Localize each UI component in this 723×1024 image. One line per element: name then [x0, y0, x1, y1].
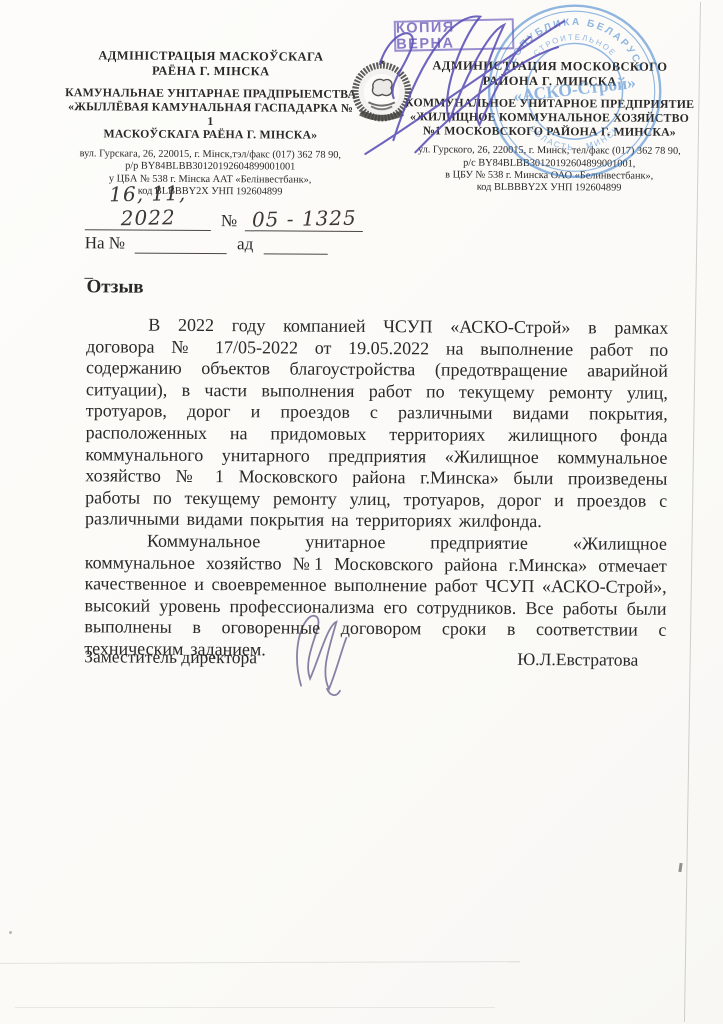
body-paragraph-1: В 2022 году компанией ЧСУП «АСКО-Строй» … [85, 314, 668, 533]
copy-stamp-label: КОПИЯ ВЕРНА [396, 18, 513, 53]
address-block-ru: ул. Гурского, 26, 220015, г. Минск, тел/… [403, 145, 695, 196]
svg-text:СТРОИТЕЛЬНОЕ: СТРОИТЕЛЬНОЕ [532, 32, 619, 58]
svg-text:★: ★ [378, 57, 386, 67]
date-number-row: 16, 11, 2022 № 05 - 1325 [85, 181, 364, 232]
signer-role: Заместитель директора [84, 646, 257, 668]
number-sign-label: № [221, 211, 237, 231]
number-field: 05 - 1325 [245, 206, 363, 232]
reply-middle-label: ад [237, 234, 253, 254]
letter-sheet: АДМІНІСТРАЦЫЯ МАСКОЎСКАГА РАЁНА Г. МІНСК… [0, 0, 723, 1024]
reply-number-blank [135, 237, 227, 255]
handwritten-number: 05 - 1325 [251, 206, 356, 232]
administration-name-ru: АДМИНИСТРАЦИЯ МОСКОВСКОГО РАЙОНА Г. МИНС… [404, 58, 696, 89]
letterhead-left-belarusian: АДМІНІСТРАЦЫЯ МАСКОЎСКАГА РАЁНА Г. МІНСК… [63, 48, 358, 199]
scanned-letter-page: АДМІНІСТРАЦЫЯ МАСКОЎСКАГА РАЁНА Г. МІНСК… [0, 0, 723, 1024]
enterprise-name-by: КАМУНАЛЬНАЕ УНІТАРНАЕ ПРАДПРЫЕМСТВА «ЖЫЛ… [63, 86, 357, 143]
letterhead-right-russian: АДМИНИСТРАЦИЯ МОСКОВСКОГО РАЙОНА Г. МИНС… [403, 58, 696, 195]
reply-date-blank [263, 237, 327, 254]
reply-reference-row: На № ад [85, 233, 363, 255]
handwritten-date: 16, 11, 2022 [85, 180, 212, 231]
reply-prefix-label: На № [85, 233, 125, 253]
enterprise-name-ru: КОММУНАЛЬНОЕ УНИТАРНОЕ ПРЕДПРИЯТИЕ «ЖИЛИ… [403, 96, 695, 139]
administration-name-by: АДМІНІСТРАЦЫЯ МАСКОЎСКАГА РАЁНА Г. МІНСК… [64, 48, 358, 79]
body-paragraph-2: Коммунальное унитарное предприятие «Жили… [84, 530, 667, 663]
reference-block: 16, 11, 2022 № 05 - 1325 На № ад – [84, 181, 363, 289]
letter-title: Отзыв [86, 276, 143, 298]
letter-body: В 2022 году компанией ЧСУП «АСКО-Строй» … [84, 314, 668, 663]
copy-verna-stamp: КОПИЯ ВЕРНА [394, 18, 515, 52]
signer-name: Ю.Л.Евстратова [517, 649, 638, 671]
date-field: 16, 11, 2022 [85, 181, 211, 231]
